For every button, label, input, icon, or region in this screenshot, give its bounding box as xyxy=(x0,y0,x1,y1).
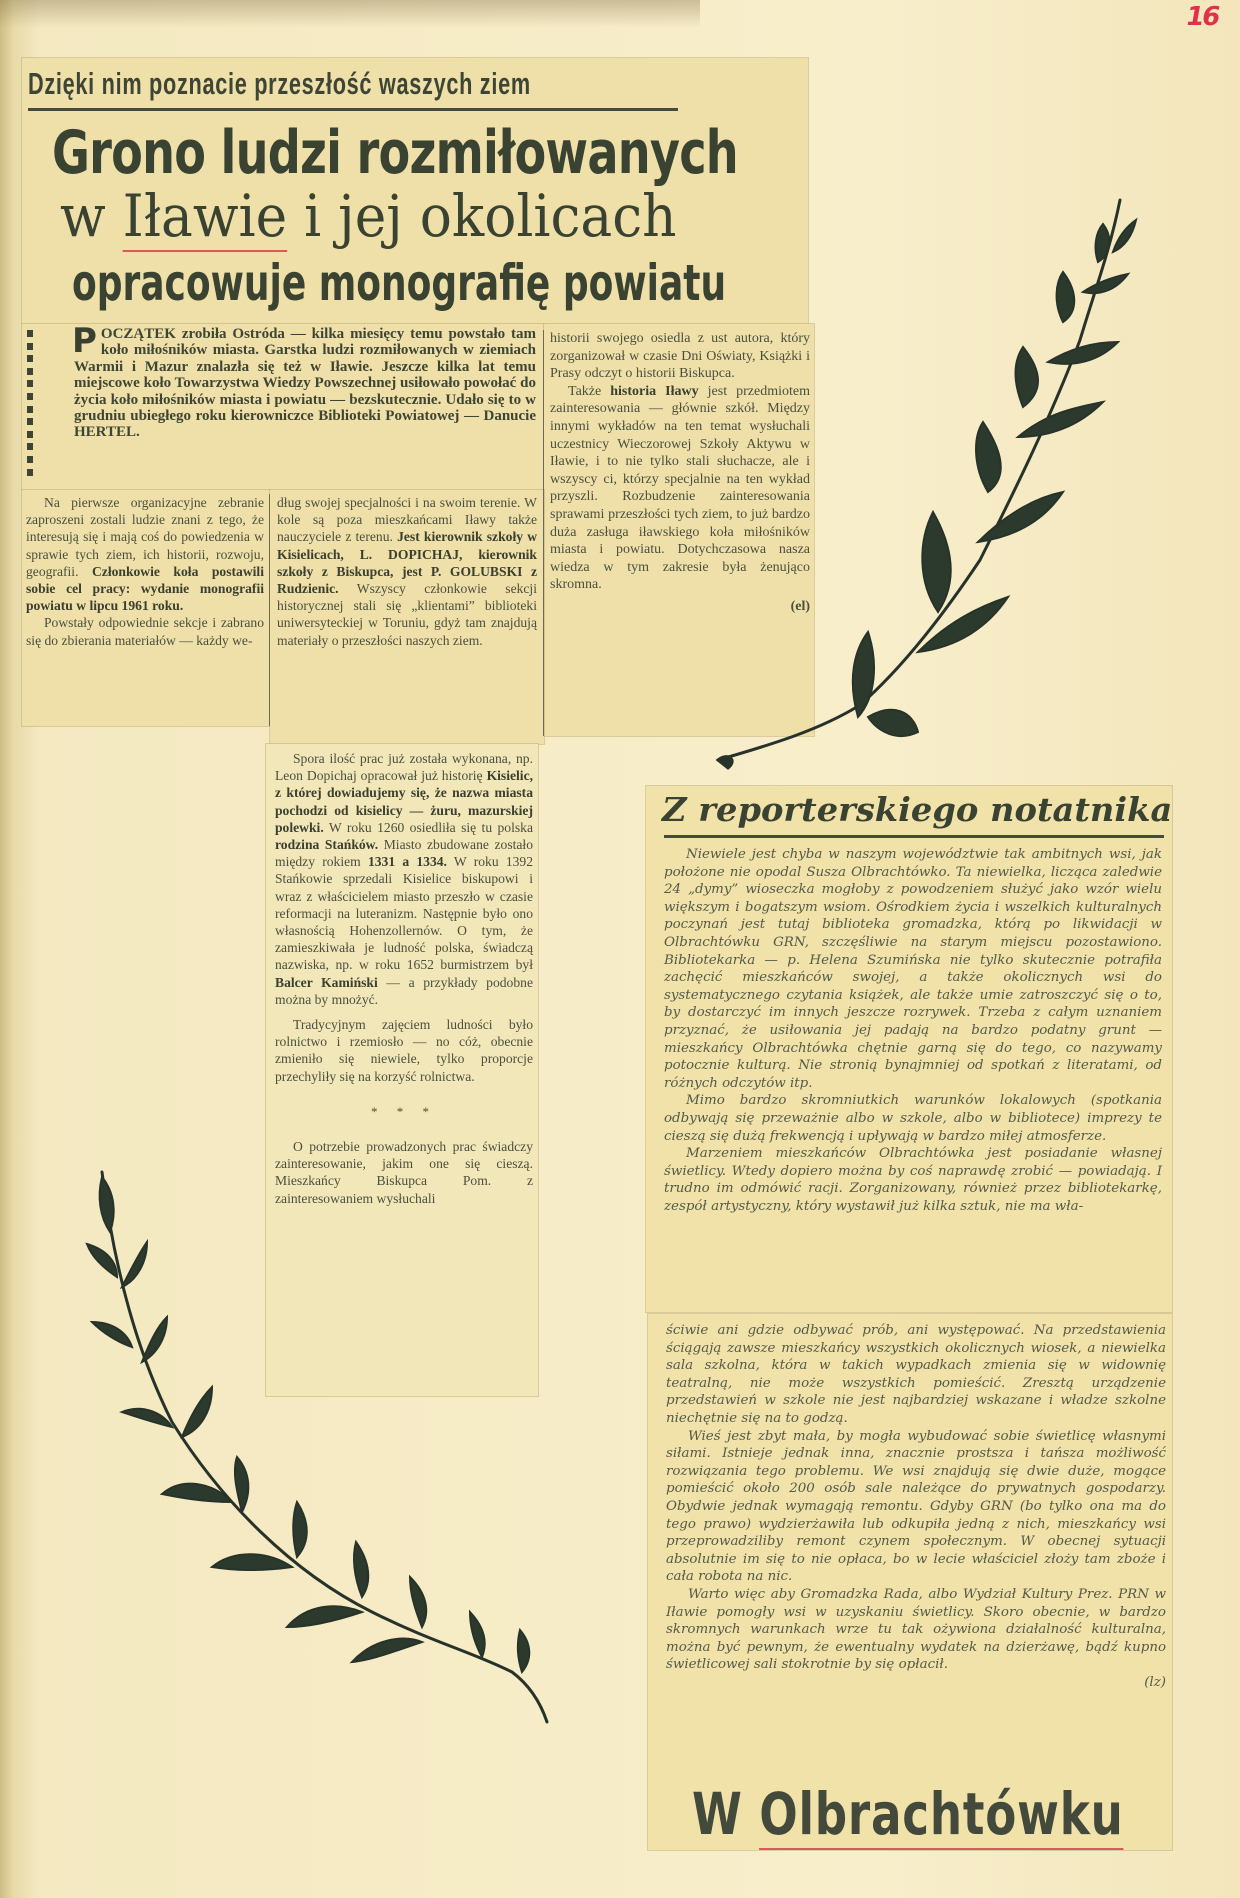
headline-underlined-place: Iławie xyxy=(123,182,288,252)
col3-bold: historia Iławy xyxy=(610,384,698,399)
article2-paragraph: Niewiele jest chyba w naszym województwi… xyxy=(664,846,1162,1092)
article1-headline-line3: opracowuje monografię powiatu xyxy=(72,254,726,312)
section-separator: * * * xyxy=(275,1103,533,1120)
article2-paragraph: ściwie ani gdzie odbywać prób, ani wystę… xyxy=(666,1322,1166,1428)
col2b-bold: rodzina Stańków. xyxy=(275,837,378,852)
article1-col2: dług swojej specjalności i na swoim tere… xyxy=(277,494,537,649)
col2b-bold: Balcer Kamiński xyxy=(275,975,378,990)
album-edge-shadow xyxy=(0,0,700,28)
branch-drawing-top-right xyxy=(718,212,1138,772)
page-number: 16 xyxy=(1183,2,1220,32)
col3-text: Także xyxy=(568,384,601,399)
lead-text: OCZĄTEK zrobiła Ostróda — kilka miesięcy… xyxy=(74,326,536,440)
col1-text-2: Powstały odpowiednie sekcje i zabrano si… xyxy=(26,615,264,647)
header-rule xyxy=(664,835,1164,838)
column-rule xyxy=(269,494,270,726)
headline-suffix: i jej okolicach xyxy=(287,182,676,250)
kicker-rule xyxy=(28,108,678,111)
article1-headline-line2: w Iławie i jej okolicach xyxy=(60,182,676,250)
title-prefix: W xyxy=(692,1780,759,1848)
article2-paragraph: Mimo bardzo skromniutkich warunków lokal… xyxy=(664,1092,1162,1145)
title-underlined-place: Olbrachtówku xyxy=(759,1780,1123,1850)
col2b-bold: 1331 a 1334. xyxy=(368,854,447,869)
article1-kicker: Dzięki nim poznacie przeszłość waszych z… xyxy=(28,66,531,102)
article2-paragraph: Marzeniem mieszkańców Olbrachtówka jest … xyxy=(664,1145,1162,1215)
col2b-text: W roku 1260 osiedliła się tu polska xyxy=(329,820,533,835)
column-rule xyxy=(543,330,544,736)
col2b-text-2: Tradycyjnym zajęciem ludności było rolni… xyxy=(275,1017,533,1084)
branch-drawing-bottom-left xyxy=(92,1172,612,1732)
headline-prefix: w xyxy=(60,182,123,250)
article2-paragraph: Wieś jest zbyt mała, by mogła wybudować … xyxy=(666,1428,1166,1586)
article2-title: W Olbrachtówku xyxy=(692,1780,1124,1848)
article2-body-part1: Niewiele jest chyba w naszym województwi… xyxy=(664,846,1162,1215)
dropcap: P xyxy=(72,326,97,356)
article1-col2b: Spora ilość prac już została wykonana, n… xyxy=(275,750,533,1207)
article1-lead: POCZĄTEK zrobiła Ostróda — kilka miesięc… xyxy=(74,326,536,441)
article2-signature: (lz) xyxy=(666,1674,1166,1692)
article2-body-part2: ściwie ani gdzie odbywać prób, ani wystę… xyxy=(666,1322,1166,1691)
article2-header: Z reporterskiego notatnika xyxy=(662,790,1172,829)
article2-paragraph: Warto więc aby Gromadzka Rada, albo Wydz… xyxy=(666,1586,1166,1674)
article1-col1: Na pierwsze organizacyjne zebranie zapro… xyxy=(26,494,264,649)
col2b-text: W roku 1392 Stańkowie sprzedali Kisielic… xyxy=(275,854,533,972)
article1-headline-line1: Grono ludzi rozmiłowanych xyxy=(52,118,738,188)
lead-bullet-marks xyxy=(27,330,34,476)
